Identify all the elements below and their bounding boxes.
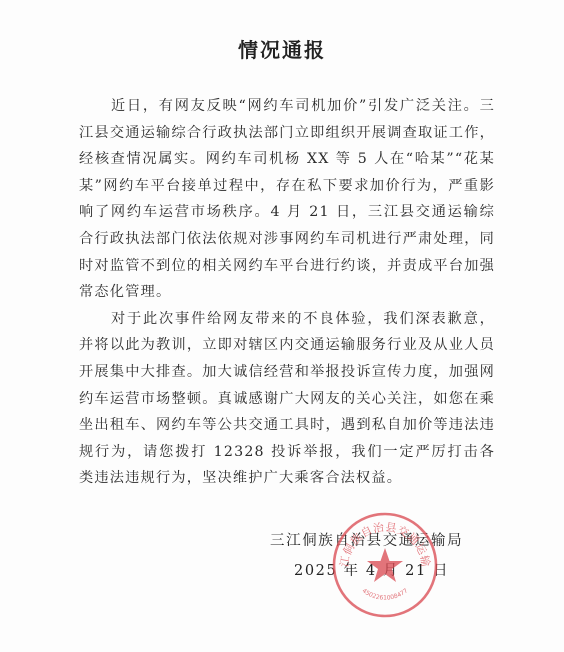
signature-block: 三江侗族自治县交通运输局 2025 年 4 月 21 日 [270, 529, 480, 580]
svg-text:4502261008477: 4502261008477 [361, 587, 410, 601]
seal-number: 4502261008477 [361, 587, 410, 601]
document-page: 情况通报 近日，有网友反映“网约车司机加价”引发广泛关注。三江县交通运输综合行政… [0, 0, 564, 652]
document-body: 近日，有网友反映“网约车司机加价”引发广泛关注。三江县交通运输综合行政执法部门立… [79, 93, 495, 492]
signing-date: 2025 年 4 月 21 日 [270, 559, 480, 580]
signing-organization: 三江侗族自治县交通运输局 [270, 529, 480, 559]
paragraph-1: 近日，有网友反映“网约车司机加价”引发广泛关注。三江县交通运输综合行政执法部门立… [79, 93, 495, 306]
paragraph-2: 对于此次事件给网友带来的不良体验，我们深表歉意，并将以此为教训，立即对辖区内交通… [79, 306, 495, 492]
document-title: 情况通报 [0, 34, 564, 63]
